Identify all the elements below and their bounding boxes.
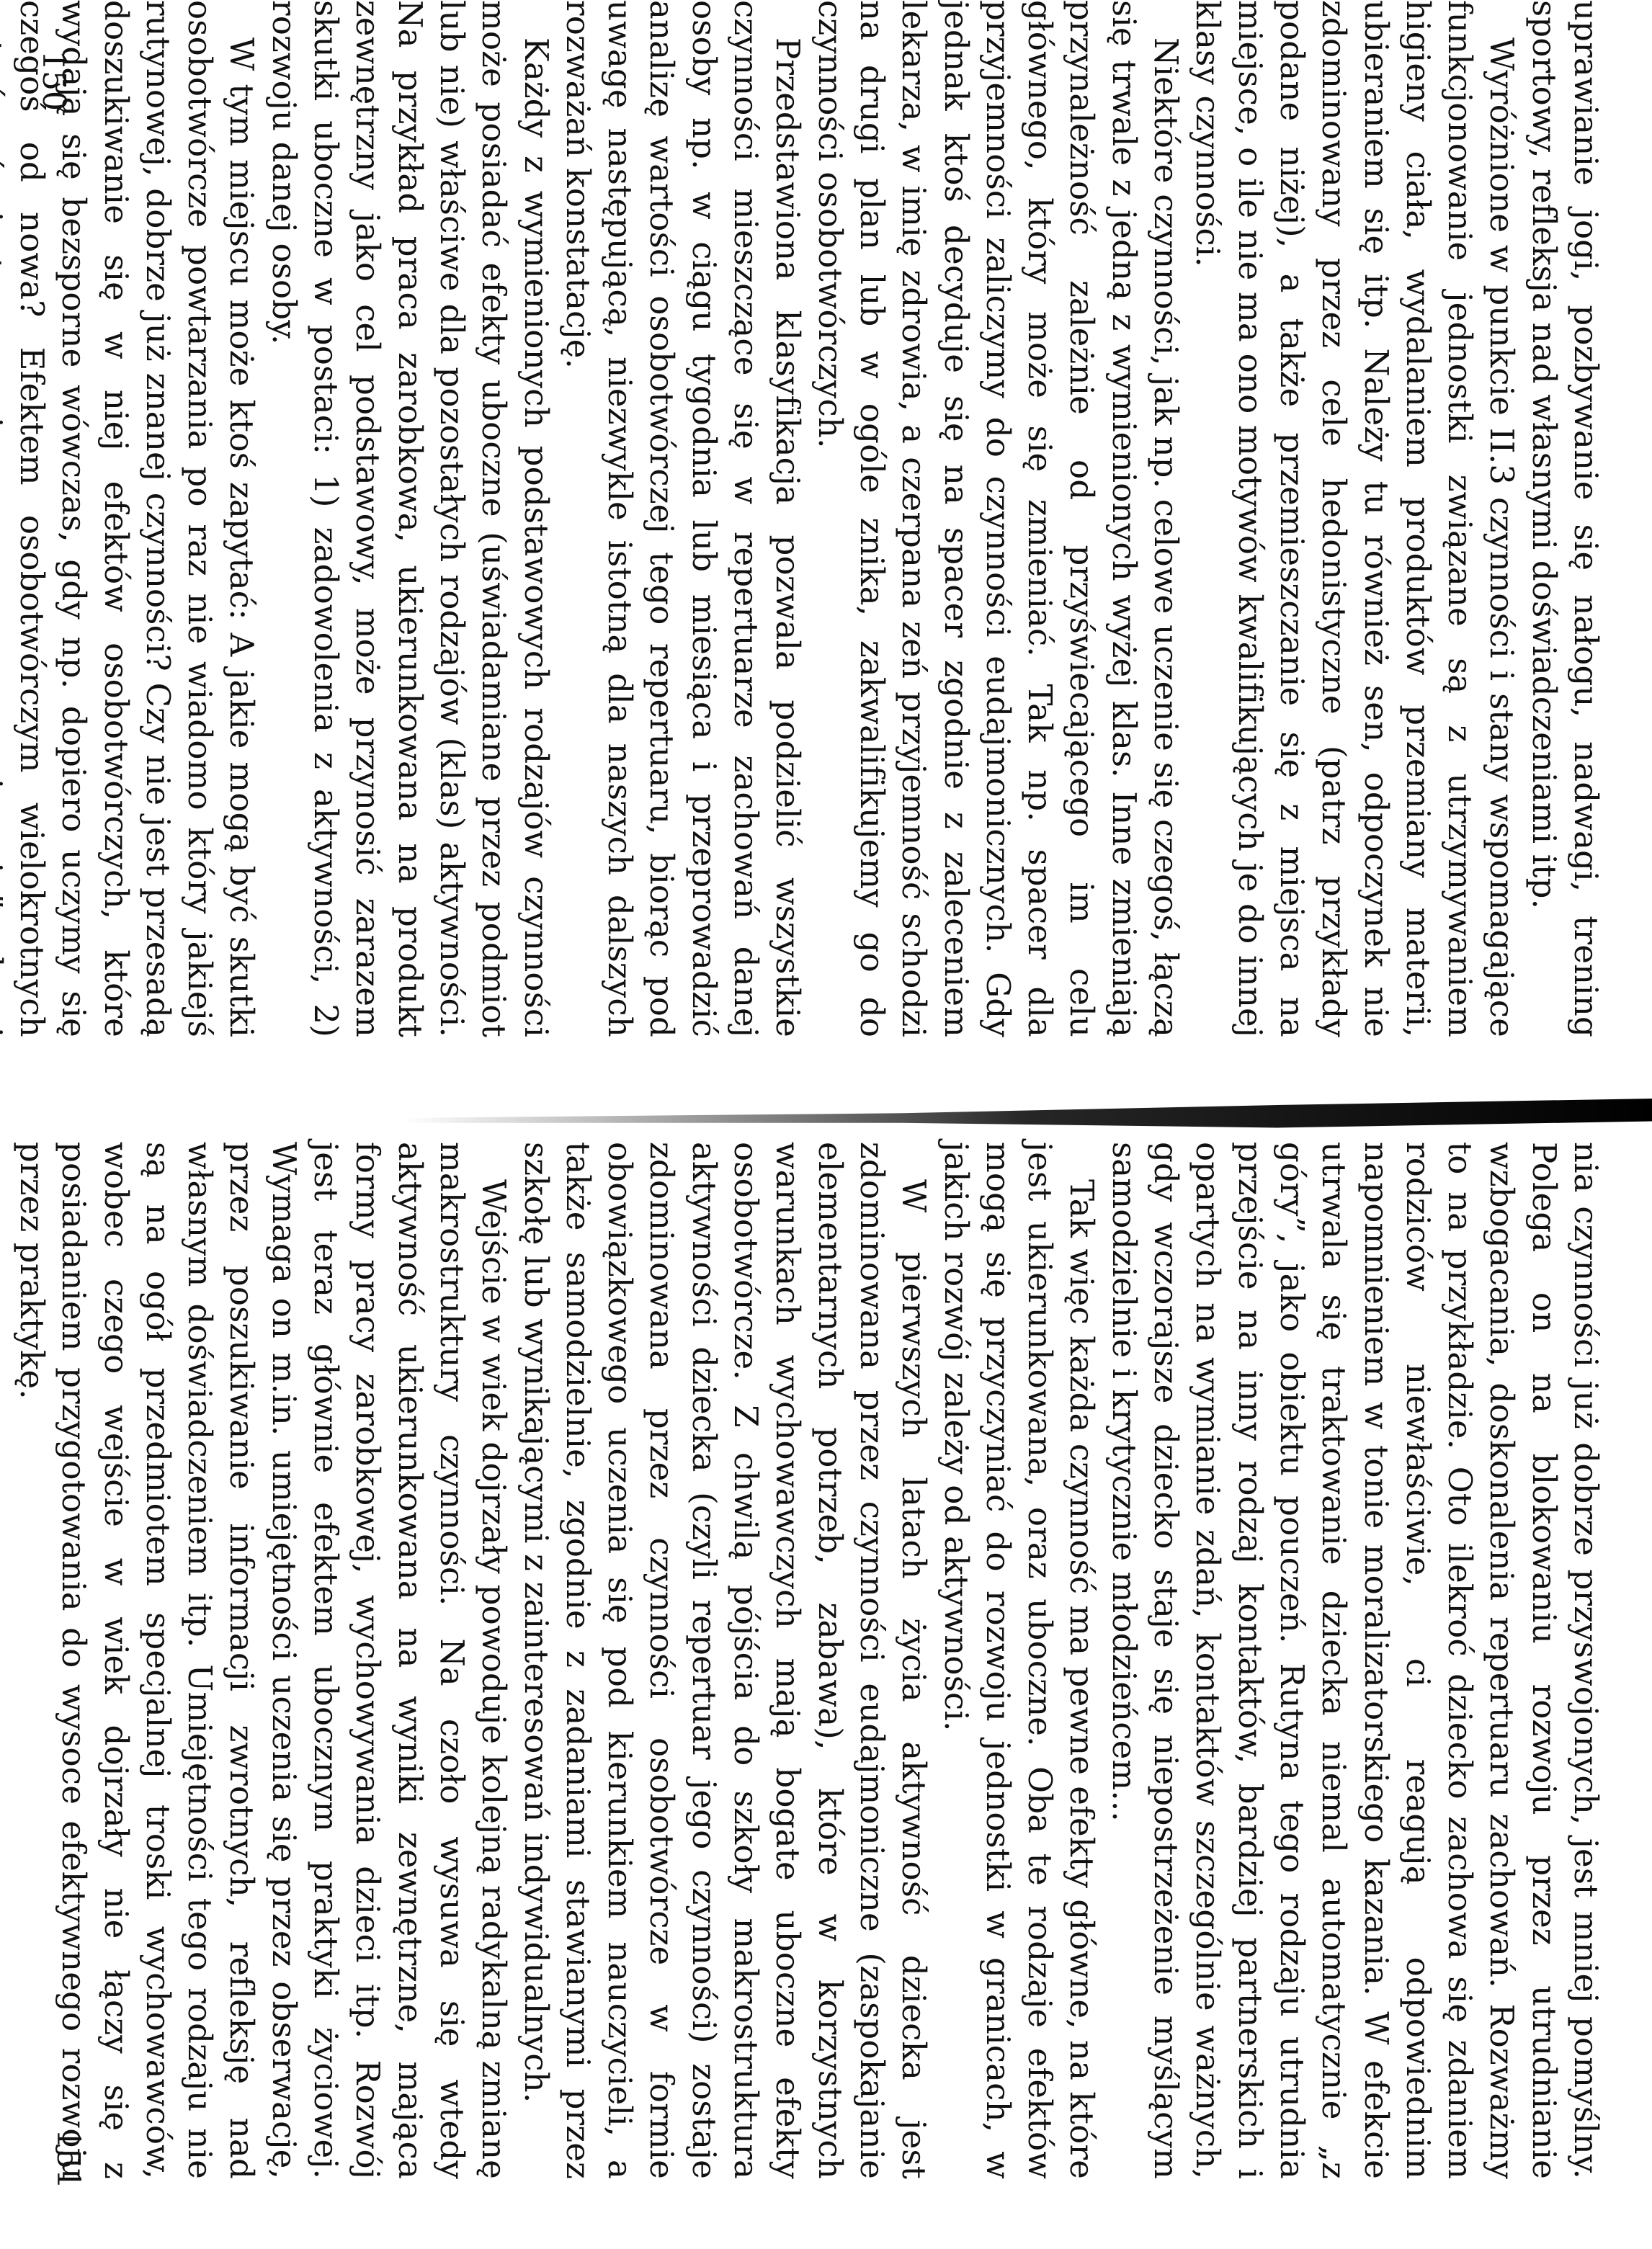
paragraph: Wejście w wiek dojrzały powoduje kolejną… (11, 1142, 515, 2179)
paragraph: W tym miejscu może ktoś zapytać: A jakie… (0, 0, 263, 1037)
page-150: uprawianie jogi, pozbywanie się nałogu, … (22, 0, 1607, 1081)
binding-shadow (403, 1099, 1652, 1131)
page-number: 150 (35, 50, 72, 111)
paragraph: Każdy z wymienionych podstawowych rodzaj… (263, 0, 557, 1037)
paragraph: Niektóre czynności, jak np. celowe uczen… (808, 0, 1187, 1037)
paragraph: uprawianie jogi, pozbywanie się nałogu, … (1522, 0, 1607, 1037)
paragraph: nia czynności już dobrze przyswojonych, … (1102, 1142, 1607, 2179)
page-150-body: uprawianie jogi, pozbywanie się nałogu, … (0, 0, 1607, 1037)
page-151-body: nia czynności już dobrze przyswojonych, … (0, 1142, 1607, 2179)
paragraph: Tak więc każda czynność ma pewne efekty … (934, 1142, 1102, 2179)
paragraph: W pierwszych latach życia aktywność dzie… (514, 1142, 934, 2179)
paragraph: Wyróżnione w punkcie II.3 czynności i st… (1187, 0, 1522, 1037)
paragraph: Przedstawiona klasyfikacja pozwala podzi… (557, 0, 809, 1037)
page-number: 151 (50, 2129, 86, 2189)
page-151: nia czynności już dobrze przyswojonych, … (22, 1142, 1607, 2249)
